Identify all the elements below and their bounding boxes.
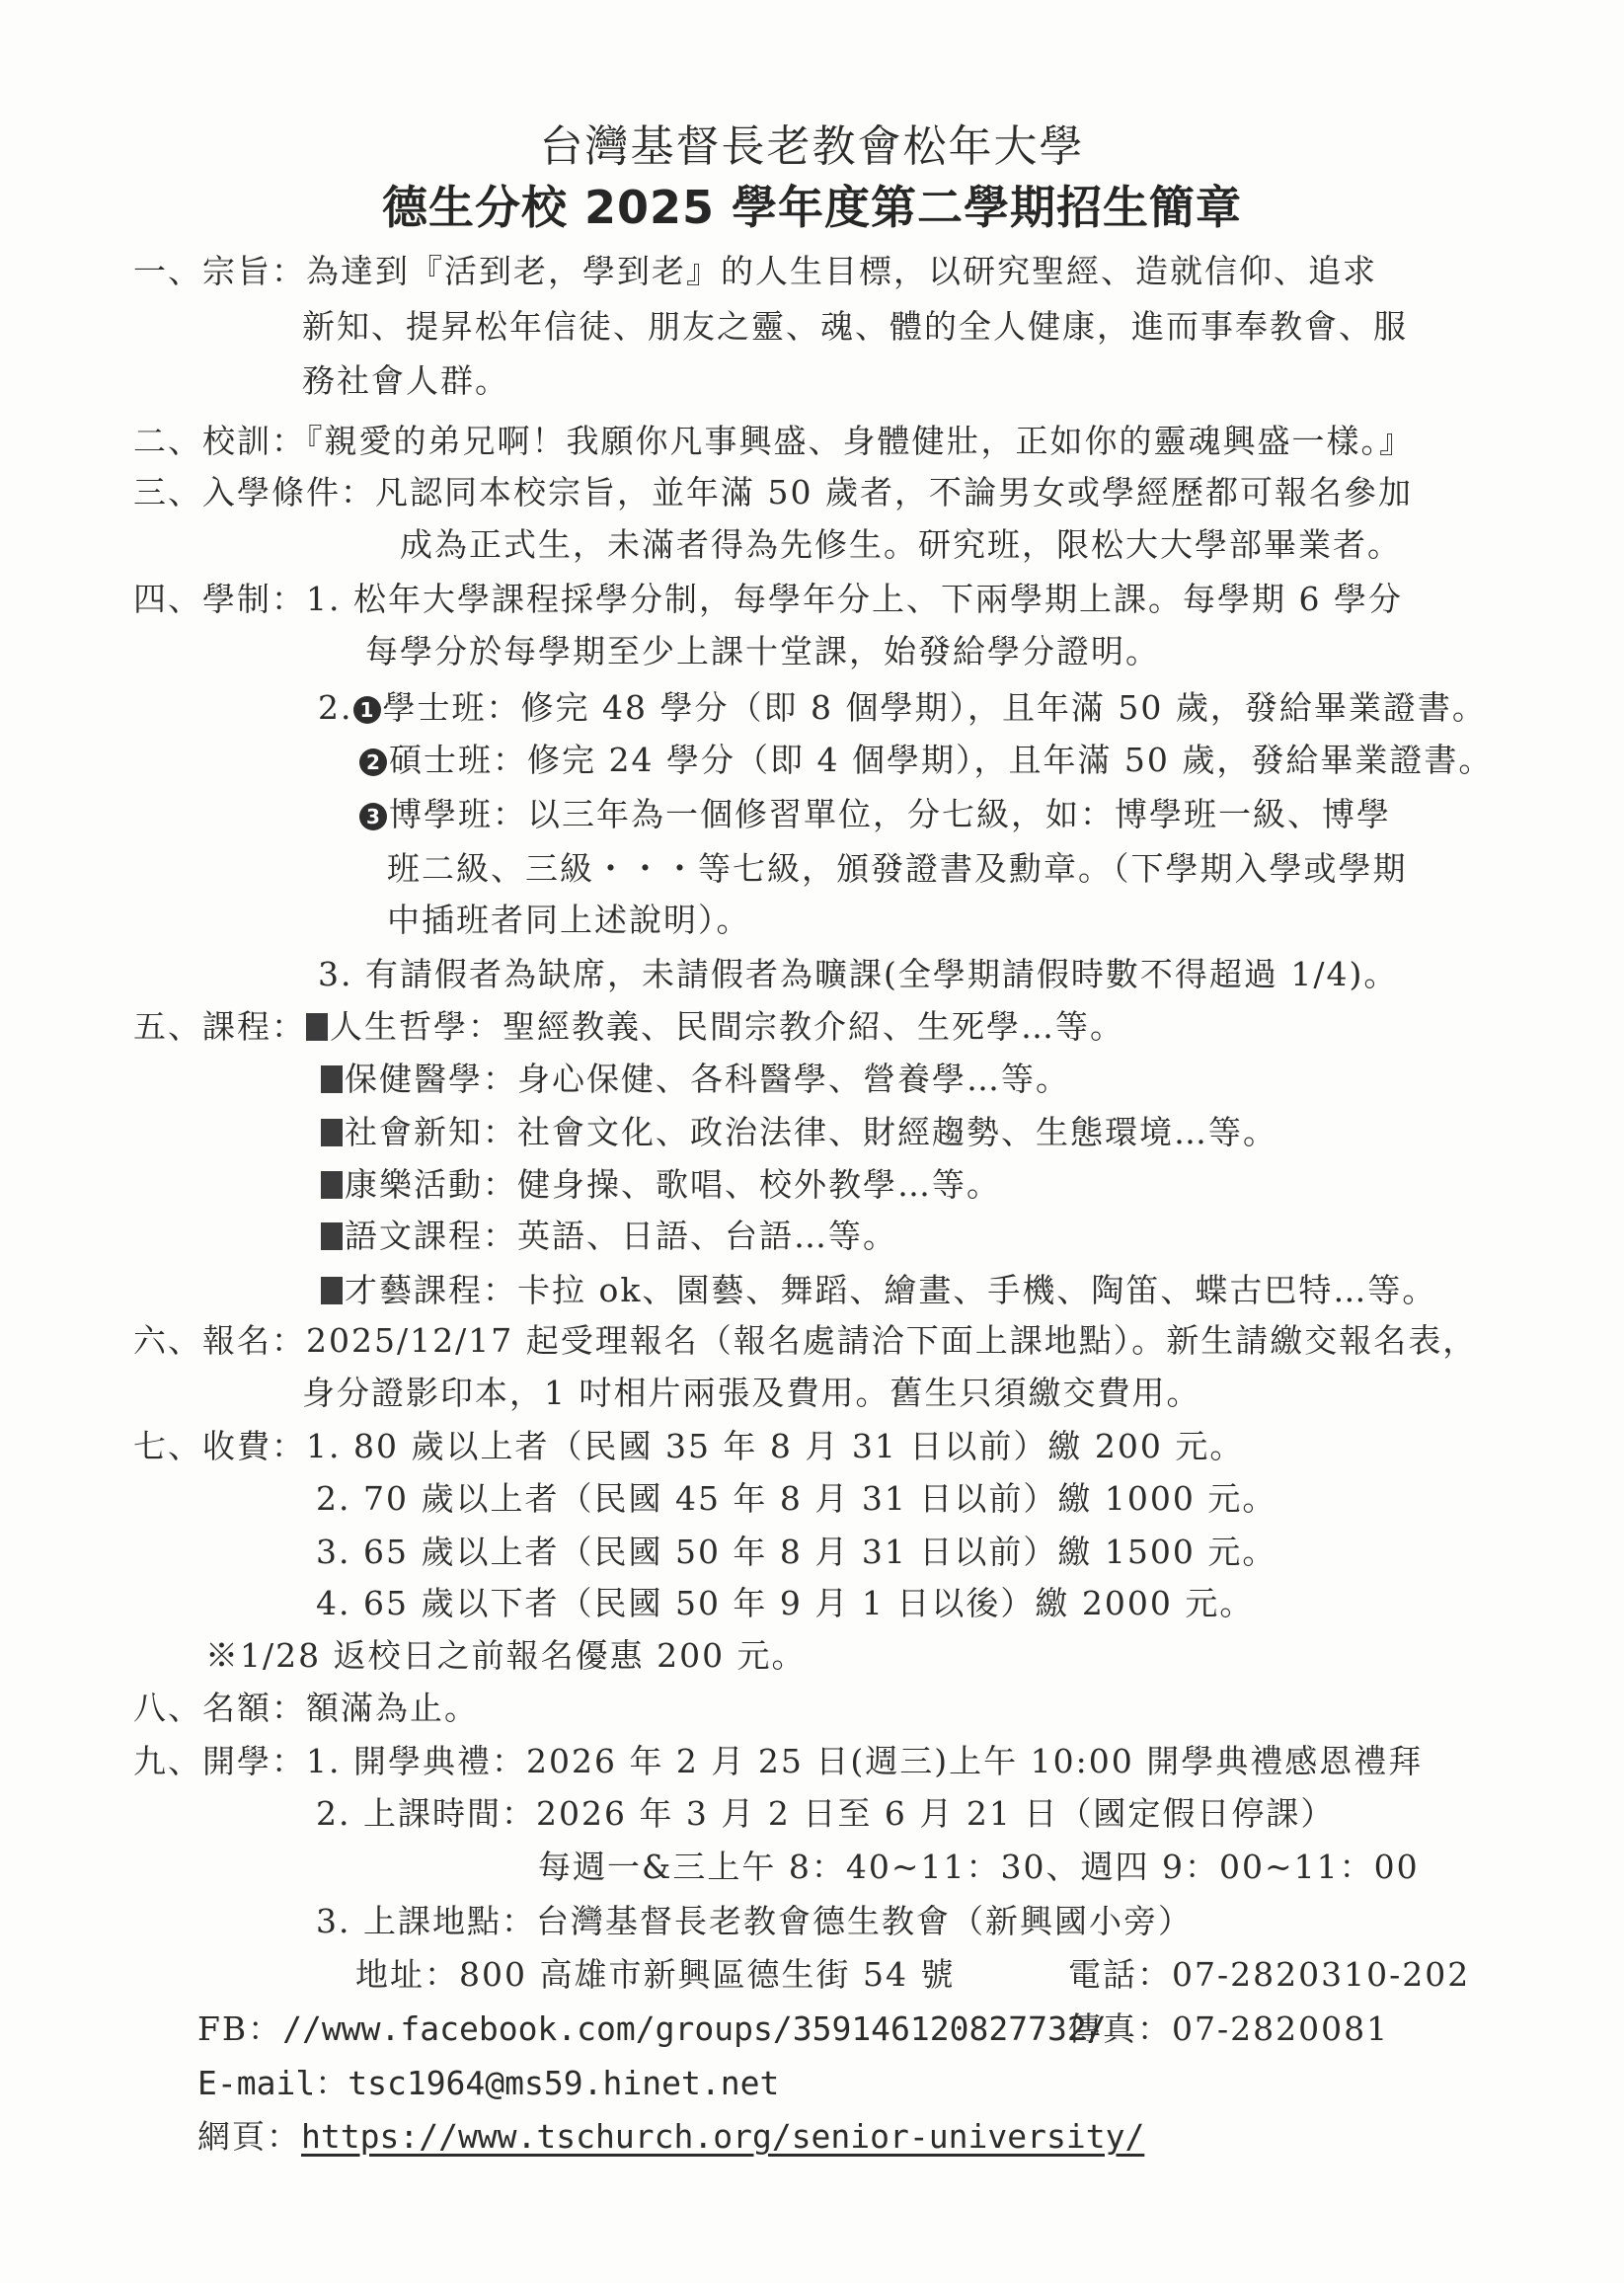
email-link[interactable]: tsc1964@ms59.hinet.net bbox=[348, 2064, 779, 2102]
section-courses: 五、課程：人生哲學：聖經教義、民間宗教介紹、生死學…等。 bbox=[133, 1007, 1124, 1047]
section-text: 『親愛的弟兄啊！我願你凡事興盛、身體健壯，正如你的靈魂興盛一樣。』 bbox=[306, 422, 1414, 460]
degree-advanced: 3博學班：以三年為一個修習單位，分七級，如：博學班一級、博學 bbox=[359, 795, 1391, 834]
square-bullet-icon bbox=[321, 1119, 343, 1146]
brochure-page: 台灣基督長老教會松年大學 德生分校 2025 學年度第二學期招生簡章 一、宗旨：… bbox=[0, 0, 1624, 2283]
section-text: 班二級、三級・・・等七級，頒發證書及勳章。（下學期入學或學期 bbox=[387, 849, 1408, 889]
section-text: 務社會人群。 bbox=[302, 361, 509, 401]
section-text: 博學班：以三年為一個修習單位，分七級，如：博學班一級、博學 bbox=[389, 795, 1391, 833]
course-item: 社會新知：社會文化、政治法律、財經趨勢、生態環境…等。 bbox=[321, 1113, 1277, 1152]
course-item: 康樂活動：健身操、歌唱、校外教學…等。 bbox=[321, 1165, 1001, 1205]
section-registration: 六、報名：2025/12/17 起受理報名（報名處請洽下面上課地點）。新生請繳交… bbox=[133, 1321, 1477, 1361]
course-text: 保健醫學：身心保健、各科醫學、營養學…等。 bbox=[345, 1060, 1070, 1098]
class-schedule: 每週一&三上午 8：40~11：30、週四 9：00~11：00 bbox=[538, 1848, 1420, 1887]
section-text: 新知、提昇松年信徒、朋友之靈、魂、體的全人健康，進而事奉教會、服 bbox=[302, 307, 1408, 347]
section-text: 1. 松年大學課程採學分制，每學年分上、下兩學期上課。每學期 6 學分 bbox=[306, 580, 1403, 618]
course-text: 社會新知：社會文化、政治法律、財經趨勢、生態環境…等。 bbox=[345, 1113, 1277, 1151]
course-item: 保健醫學：身心保健、各科醫學、營養學…等。 bbox=[321, 1060, 1070, 1099]
section-purpose: 一、宗旨：為達到『活到老，學到老』的人生目標，以研究聖經、造就信仰、追求 bbox=[133, 252, 1377, 291]
section-label: 九、開學： bbox=[133, 1742, 306, 1780]
email-row: E-mail：tsc1964@ms59.hinet.net bbox=[197, 2064, 779, 2103]
section-label: 八、名額： bbox=[133, 1689, 306, 1727]
section-label: 四、學制： bbox=[133, 580, 306, 618]
web-label: 網頁： bbox=[197, 2117, 301, 2156]
section-motto: 二、校訓：『親愛的弟兄啊！我願你凡事興盛、身體健壯，正如你的靈魂興盛一樣。』 bbox=[133, 422, 1414, 461]
number-badge-icon: 1 bbox=[353, 696, 381, 724]
discount-note: ※1/28 返校日之前報名優惠 200 元。 bbox=[205, 1636, 807, 1676]
course-item: 人生哲學：聖經教義、民間宗教介紹、生死學…等。 bbox=[330, 1007, 1124, 1046]
fee-item: 2. 70 歲以上者（民國 45 年 8 月 31 日以前）繳 1000 元。 bbox=[316, 1479, 1276, 1519]
address: 地址：800 高雄市新興區德生街 54 號 bbox=[355, 1955, 955, 1995]
website-link[interactable]: https://www.tschurch.org/senior-universi… bbox=[301, 2117, 1144, 2156]
course-item: 才藝課程：卡拉 ok、園藝、舞蹈、繪畫、手機、陶笛、蝶古巴特…等。 bbox=[321, 1271, 1436, 1310]
square-bullet-icon bbox=[321, 1171, 343, 1199]
opening-ceremony: 1. 開學典禮：2026 年 2 月 25 日(週三)上午 10:00 開學典禮… bbox=[306, 1742, 1423, 1780]
section-quota: 八、名額：額滿為止。 bbox=[133, 1689, 479, 1728]
email-label: E-mail： bbox=[197, 2064, 348, 2102]
course-text: 語文課程：英語、日語、台語…等。 bbox=[345, 1217, 897, 1255]
section-opening: 九、開學：1. 開學典禮：2026 年 2 月 25 日(週三)上午 10:00… bbox=[133, 1742, 1423, 1781]
course-item: 語文課程：英語、日語、台語…等。 bbox=[321, 1217, 897, 1256]
facebook-row: FB：//www.facebook.com/groups/35914612082… bbox=[197, 2009, 1107, 2049]
page-title: 台灣基督長老教會松年大學 bbox=[0, 111, 1624, 174]
section-text: 2025/12/17 起受理報名（報名處請洽下面上課地點）。新生請繳交報名表， bbox=[306, 1321, 1477, 1360]
course-text: 康樂活動：健身操、歌唱、校外教學…等。 bbox=[345, 1165, 1001, 1204]
course-text: 才藝課程：卡拉 ok、園藝、舞蹈、繪畫、手機、陶笛、蝶古巴特…等。 bbox=[345, 1271, 1436, 1309]
facebook-link[interactable]: //www.facebook.com/groups/35914612082773… bbox=[282, 2009, 1106, 2048]
section-text: 額滿為止。 bbox=[306, 1689, 479, 1727]
item-number: 2. bbox=[318, 688, 353, 727]
fax: 傳真：07-2820081 bbox=[1068, 2009, 1389, 2049]
square-bullet-icon bbox=[321, 1222, 343, 1250]
fee-item: 3. 65 歲以上者（民國 50 年 8 月 31 日以前）繳 1500 元。 bbox=[316, 1533, 1276, 1572]
section-label: 七、收費： bbox=[133, 1427, 306, 1465]
class-period: 2. 上課時間：2026 年 3 月 2 日至 6 月 21 日（國定假日停課） bbox=[316, 1794, 1335, 1834]
section-label: 五、課程： bbox=[133, 1007, 306, 1046]
section-text: 碩士班：修完 24 學分（即 4 個學期），且年滿 50 歲，發給畢業證書。 bbox=[389, 741, 1493, 779]
class-location: 3. 上課地點：台灣基督長老教會德生教會（新興國小旁） bbox=[316, 1902, 1193, 1941]
section-text: 為達到『活到老，學到老』的人生目標，以研究聖經、造就信仰、追求 bbox=[306, 252, 1377, 290]
number-badge-icon: 3 bbox=[359, 803, 387, 830]
fee-item: 4. 65 歲以下者（民國 50 年 9 月 1 日以後）繳 2000 元。 bbox=[316, 1584, 1254, 1623]
phone: 電話：07-2820310-202 bbox=[1068, 1955, 1470, 1995]
website-row: 網頁：https://www.tschurch.org/senior-unive… bbox=[197, 2117, 1144, 2157]
section-text: 凡認同本校宗旨，並年滿 50 歲者，不論男女或學經歷都可報名參加 bbox=[375, 473, 1413, 512]
section-label: 一、宗旨： bbox=[133, 252, 306, 290]
page-subtitle: 德生分校 2025 學年度第二學期招生簡章 bbox=[0, 172, 1624, 237]
fb-label: FB： bbox=[197, 2009, 282, 2048]
number-badge-icon: 2 bbox=[359, 748, 387, 776]
section-text: 成為正式生，未滿者得為先修生。研究班，限松大大學部畢業者。 bbox=[400, 525, 1402, 565]
section-label: 三、入學條件： bbox=[133, 473, 375, 512]
square-bullet-icon bbox=[321, 1277, 343, 1304]
section-system: 四、學制：1. 松年大學課程採學分制，每學年分上、下兩學期上課。每學期 6 學分 bbox=[133, 580, 1403, 619]
section-text: 學士班：修完 48 學分（即 8 個學期），且年滿 50 歲，發給畢業證書。 bbox=[383, 688, 1487, 727]
degree-master: 2碩士班：修完 24 學分（即 4 個學期），且年滿 50 歲，發給畢業證書。 bbox=[359, 741, 1493, 780]
section-label: 二、校訓： bbox=[133, 422, 306, 460]
section-text: 中插班者同上述說明）。 bbox=[387, 901, 751, 940]
attendance-rule: 3. 有請假者為缺席，未請假者為曠課(全學期請假時數不得超過 1/4)。 bbox=[318, 955, 1398, 994]
section-fees: 七、收費：1. 80 歲以上者（民國 35 年 8 月 31 日以前）繳 200… bbox=[133, 1427, 1244, 1466]
fee-item: 1. 80 歲以上者（民國 35 年 8 月 31 日以前）繳 200 元。 bbox=[306, 1427, 1244, 1465]
section-admission: 三、入學條件：凡認同本校宗旨，並年滿 50 歲者，不論男女或學經歷都可報名參加 bbox=[133, 473, 1413, 512]
square-bullet-icon bbox=[321, 1065, 343, 1093]
section-text: 每學分於每學期至少上課十堂課，始發給學分證明。 bbox=[365, 632, 1160, 671]
section-text: 身分證影印本，1 吋相片兩張及費用。舊生只須繳交費用。 bbox=[302, 1374, 1201, 1413]
degree-bachelor: 2.1學士班：修完 48 學分（即 8 個學期），且年滿 50 歲，發給畢業證書… bbox=[318, 688, 1487, 728]
section-label: 六、報名： bbox=[133, 1321, 306, 1360]
square-bullet-icon bbox=[306, 1013, 328, 1041]
